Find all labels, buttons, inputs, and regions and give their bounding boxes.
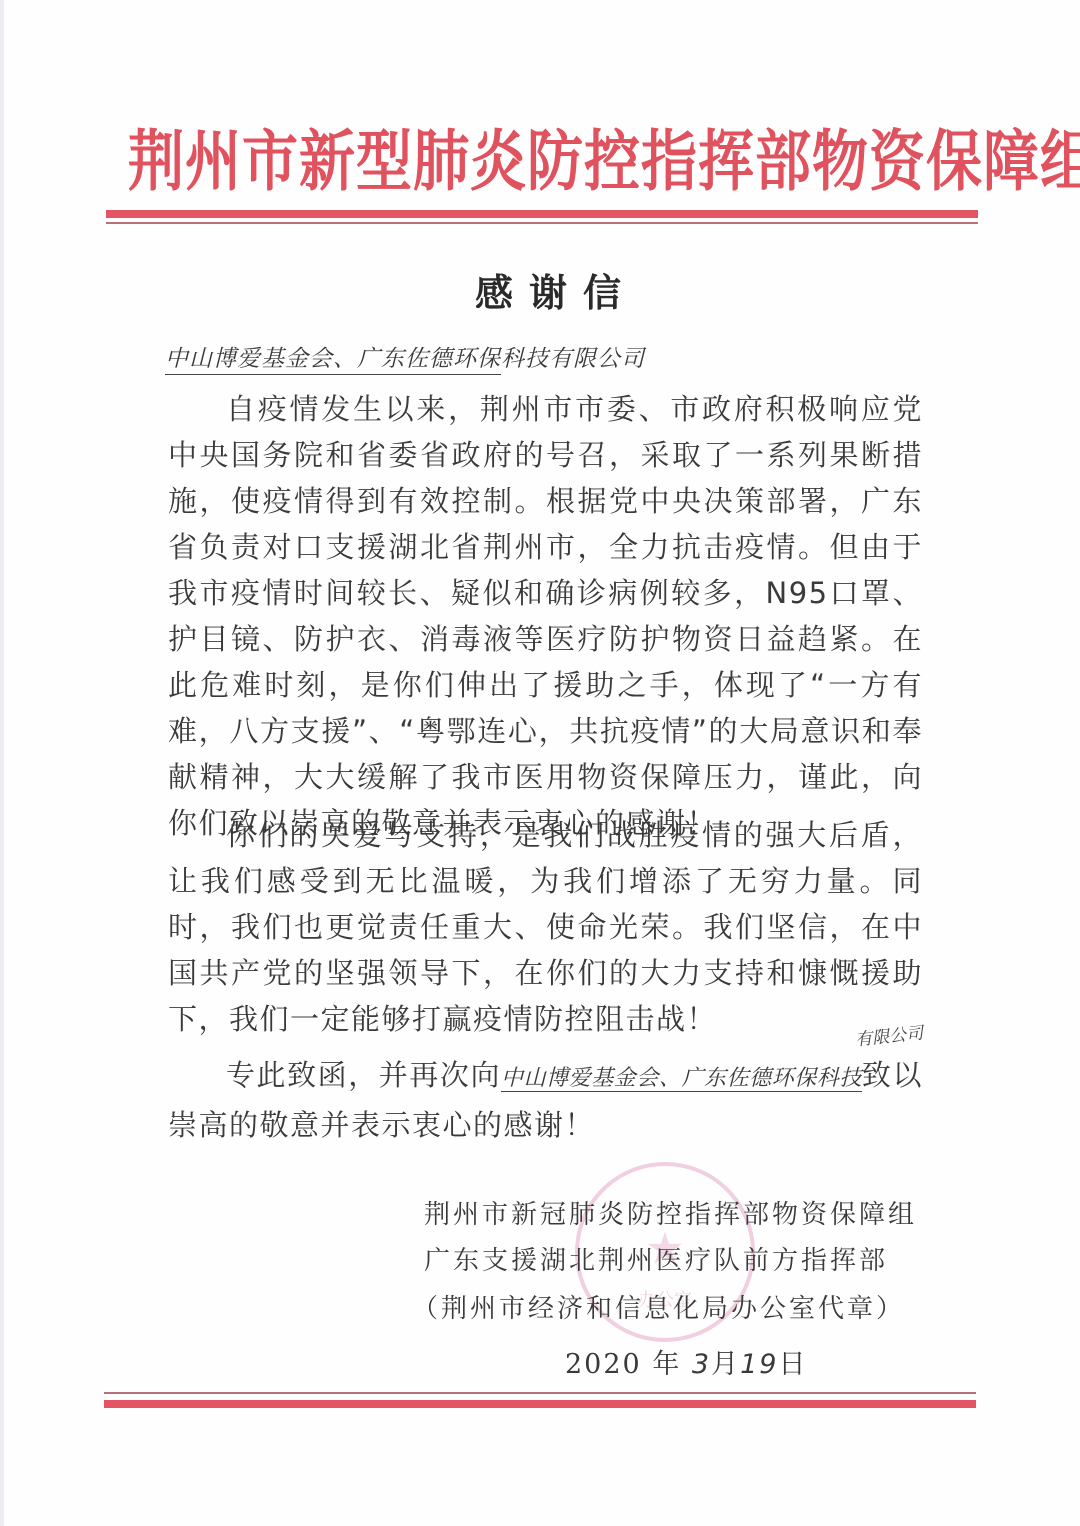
- footer-rule-thin: [104, 1392, 976, 1394]
- closing-before: 专此致函，并再次向: [226, 1058, 501, 1092]
- date-month-suffix: 月: [711, 1349, 740, 1380]
- document-title: 感谢信: [0, 262, 1080, 317]
- letterhead-rule-thick: [106, 210, 978, 218]
- signature-line-3: （荆州市经济和信息化局办公室代章）: [412, 1286, 922, 1332]
- paragraph-1-text: 自疫情发生以来，荆州市市委、市政府积极响应党中央国务院和省委省政府的号召，采取了…: [168, 386, 923, 846]
- date-line: 2020 年 3月19日: [565, 1342, 807, 1381]
- date-year-suffix: 年: [652, 1349, 681, 1380]
- recipient-handwritten-underlined: 中山博爱基金会、广东佐德环保: [165, 346, 501, 375]
- date-day-suffix: 日: [778, 1349, 807, 1380]
- recipient-line: 中山博爱基金会、广东佐德环保科技有限公司: [165, 340, 645, 373]
- footer-rule-thick: [104, 1400, 976, 1408]
- date-month: 3: [692, 1349, 711, 1380]
- paragraph-2-text: 你们的关爱与支持，是我们战胜疫情的强大后盾，让我们感受到无比温暖，为我们增添了无…: [168, 812, 923, 1042]
- recipient-handwritten-rest: 科技有限公司: [501, 346, 645, 372]
- letterhead-title: 荆州市新型肺炎防控指挥部物资保障组: [128, 112, 958, 213]
- paragraph-1: 自疫情发生以来，荆州市市委、市政府积极响应党中央国务院和省委省政府的号召，采取了…: [168, 386, 923, 846]
- letterhead-rule-thin: [106, 222, 978, 224]
- closing-handwritten-recipient: 中山博爱基金会、广东佐德环保科技: [501, 1066, 862, 1092]
- closing-paragraph: 专此致函，并再次向中山博爱基金会、广东佐德环保科技致以崇高的敬意并表示衷心的感谢…: [168, 1052, 923, 1148]
- letter-page: 荆州市新型肺炎防控指挥部物资保障组 感谢信 中山博爱基金会、广东佐德环保科技有限…: [0, 0, 1080, 1526]
- signature-line-2: 广东支援湖北荆州医疗队前方指挥部: [424, 1238, 934, 1284]
- scan-edge: [0, 0, 4, 1526]
- paragraph-2: 你们的关爱与支持，是我们战胜疫情的强大后盾，让我们感受到无比温暖，为我们增添了无…: [168, 812, 923, 1042]
- signature-line-1: 荆州市新冠肺炎防控指挥部物资保障组: [424, 1192, 934, 1238]
- date-day: 19: [740, 1349, 778, 1380]
- date-year: 2020: [565, 1349, 642, 1380]
- closing-text: 专此致函，并再次向中山博爱基金会、广东佐德环保科技致以崇高的敬意并表示衷心的感谢…: [168, 1052, 923, 1148]
